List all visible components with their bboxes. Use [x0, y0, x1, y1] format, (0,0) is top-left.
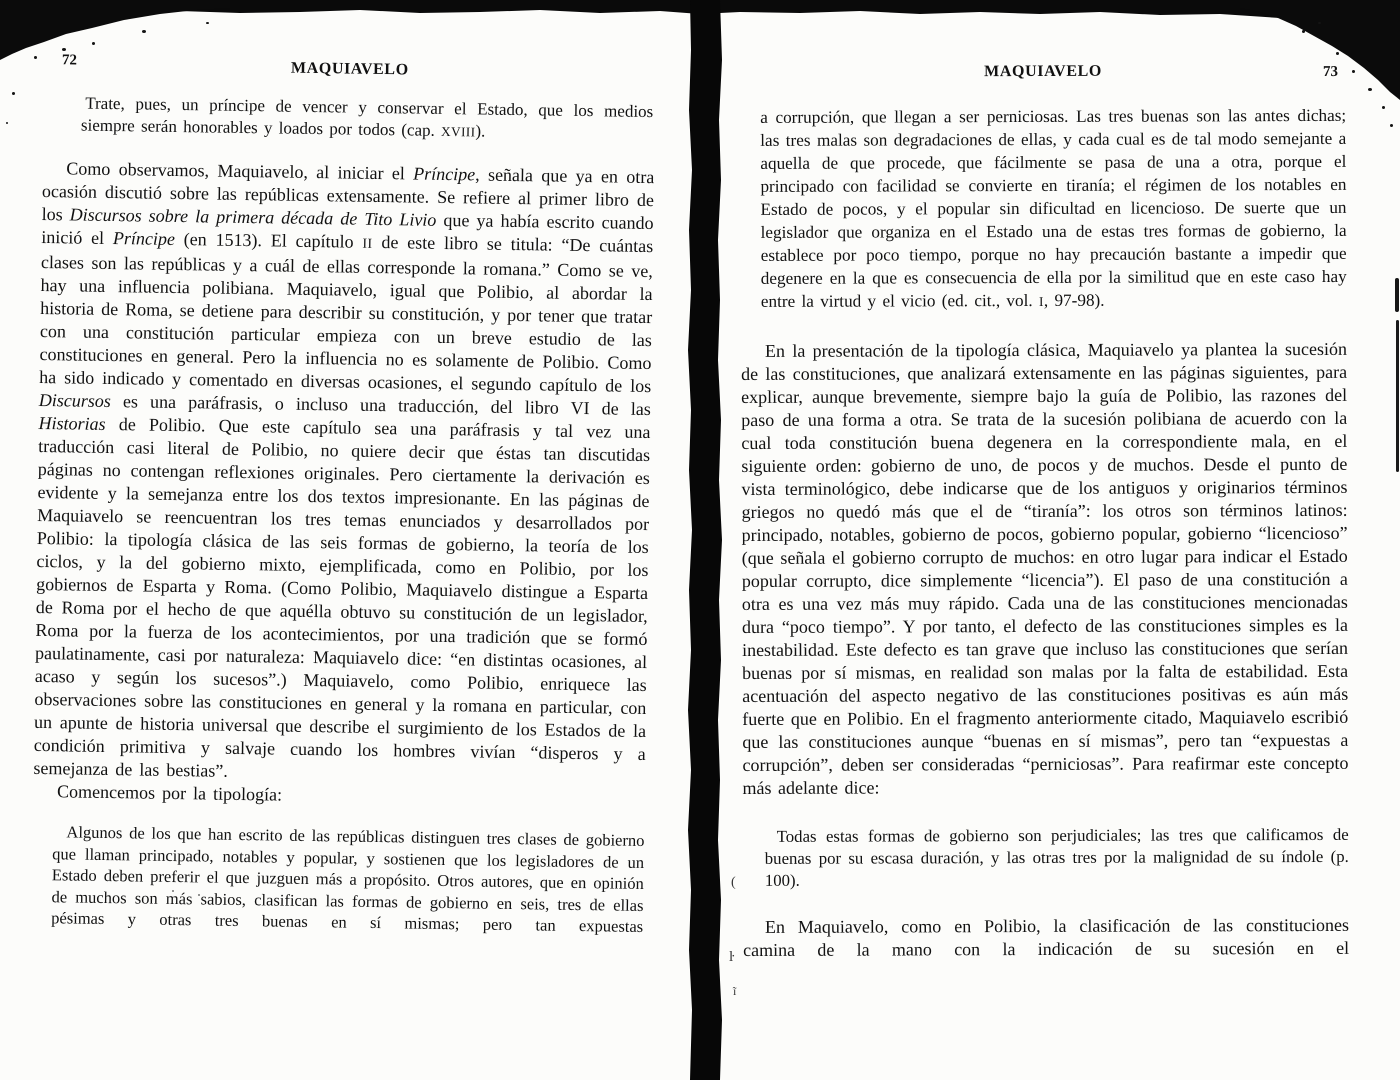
closing-paragraph: En Maquiavelo, como en Polibio, la clasi…: [743, 914, 1349, 962]
page-right: MAQUIAVELO 73 a corrupción, que llegan a…: [740, 62, 1349, 962]
forms-quote: Todas estas formas de gobierno son perju…: [765, 824, 1349, 892]
quote-continuation: a corrupción, que llegan a ser pernicios…: [760, 104, 1347, 314]
page-edge-line-lower: [1396, 320, 1399, 472]
page-edge-line-upper: [1395, 278, 1399, 312]
page-right-header: MAQUIAVELO 73: [740, 62, 1346, 84]
page-left: 72 MAQUIAVELO Trate, pues, un príncipe d…: [31, 56, 656, 937]
page-number-right: 73: [1323, 64, 1338, 81]
page-left-header: 72 MAQUIAVELO: [44, 56, 656, 85]
typology-quote: Algunos de los que han escrito de las re…: [51, 821, 645, 937]
book-scan: ( ŀ ĩ 72 MAQUIAVELO Trate, pues, un prín…: [0, 0, 1400, 1080]
margin-artifact-3: ĩ: [733, 985, 736, 997]
margin-artifact-1: (: [731, 876, 736, 890]
running-header-right: MAQUIAVELO: [740, 62, 1346, 82]
scan-corner-tear-left: [0, 0, 230, 64]
main-paragraph: Como observamos, Maquiavelo, al iniciar …: [33, 157, 654, 789]
analysis-paragraph: En la presentación de la tipología clási…: [741, 338, 1349, 800]
gutter-shadow: [682, 0, 726, 1080]
opening-quote: Trate, pues, un príncipe de vencer y con…: [81, 93, 654, 146]
running-header-left: MAQUIAVELO: [44, 56, 656, 83]
margin-artifact-2: ŀ: [729, 950, 734, 965]
